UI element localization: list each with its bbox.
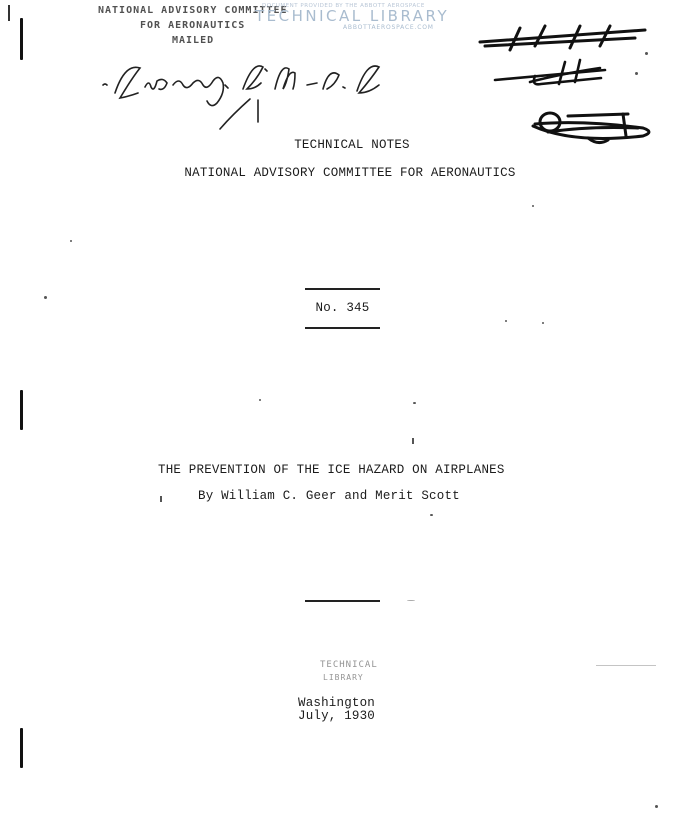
series-heading: TECHNICAL NOTES — [0, 138, 700, 152]
faint-stamp-line-1: TECHNICAL — [320, 660, 378, 670]
scan-speck — [635, 72, 638, 75]
scan-speck — [542, 322, 544, 324]
number-rule-bottom — [305, 327, 380, 329]
mailing-stamp-line-3: MAILED — [172, 35, 214, 46]
scan-speck — [645, 52, 648, 55]
scan-edge-mark — [20, 728, 23, 768]
scan-speck — [413, 402, 416, 404]
organization-heading: NATIONAL ADVISORY COMMITTEE FOR AERONAUT… — [0, 166, 700, 180]
number-rule-top — [305, 288, 380, 290]
scan-speck — [160, 496, 162, 502]
faint-stamp-line-2: LIBRARY — [323, 673, 364, 682]
scan-speck — [44, 296, 47, 299]
crossed-out-notation-2 — [485, 58, 645, 88]
scan-speck — [259, 399, 261, 401]
scribble-icon — [485, 58, 645, 88]
scan-speck — [532, 205, 534, 207]
scan-speck — [505, 320, 507, 322]
scan-speck — [412, 438, 414, 444]
scribble-icon — [475, 22, 675, 52]
watermark-url: ABBOTTAEROSPACE.COM — [343, 24, 434, 31]
watermark-library: TECHNICAL LIBRARY — [255, 7, 449, 25]
handwritten-routing-note — [95, 55, 435, 135]
crossed-out-notation-1 — [475, 22, 675, 52]
scan-edge-mark — [20, 18, 23, 60]
document-title: THE PREVENTION OF THE ICE HAZARD ON AIRP… — [158, 463, 505, 477]
scan-speck — [596, 665, 656, 666]
handwriting-icon — [95, 55, 435, 135]
document-authors: By William C. Geer and Merit Scott — [198, 489, 460, 503]
technical-note-number: No. 345 — [305, 301, 380, 315]
publication-place: Washington — [298, 696, 375, 710]
scan-edge-mark — [8, 5, 10, 21]
mailing-stamp-line-2: FOR AERONAUTICS — [140, 20, 245, 31]
scan-speck — [407, 600, 415, 601]
section-divider — [305, 600, 380, 602]
scan-speck — [655, 805, 658, 808]
scan-edge-mark — [20, 390, 23, 430]
scan-speck — [430, 514, 433, 516]
publication-date: July, 1930 — [298, 709, 375, 723]
scan-speck — [70, 240, 72, 242]
